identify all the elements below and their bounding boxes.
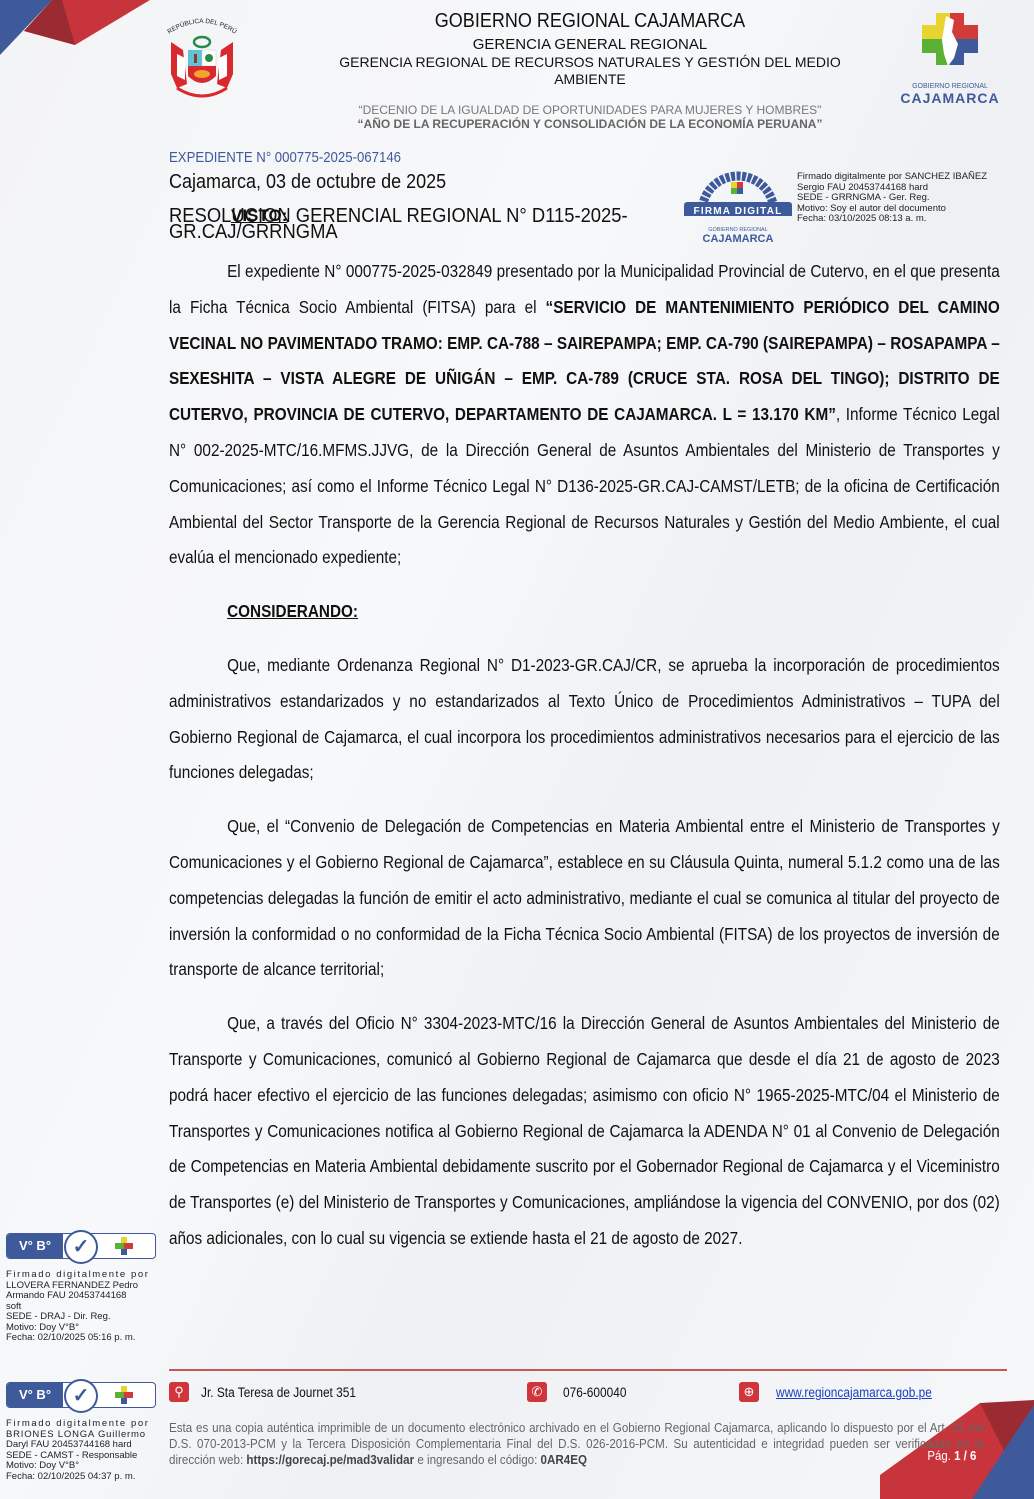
place-date: Cajamarca, 03 de octubre de 2025 bbox=[169, 171, 446, 194]
visto-label: VISTO: bbox=[231, 206, 287, 226]
cajamarca-cross-icon bbox=[115, 1237, 133, 1255]
vobo-badge: V° B° ✓ bbox=[6, 1382, 156, 1408]
gobierno-regional-cajamarca-logo: GOBIERNO REGIONAL CAJAMARCA bbox=[900, 10, 1000, 105]
cajamarca-cross-icon bbox=[115, 1386, 133, 1404]
vobo-badge: V° B° ✓ bbox=[6, 1233, 156, 1259]
approval-line: Daryl FAU 20453744168 hard bbox=[6, 1440, 156, 1451]
svg-text:REPÚBLICA DEL PERÚ: REPÚBLICA DEL PERÚ bbox=[166, 18, 239, 36]
sig-line: Firmado digitalmente por SANCHEZ IBAÑEZ bbox=[797, 172, 987, 183]
approval-line: Firmado digitalmente por bbox=[6, 1419, 156, 1430]
sig-line: Fecha: 03/10/2025 08:13 a. m. bbox=[797, 214, 987, 225]
paragraph-text: , Informe Técnico Legal N° 002-2025-MTC/… bbox=[169, 404, 1000, 567]
header-subtitle: GERENCIA GENERAL REGIONAL bbox=[300, 36, 880, 53]
location-pin-icon: ⚲ bbox=[169, 1382, 189, 1402]
phone-icon: ✆ bbox=[527, 1382, 547, 1402]
considerando-heading: CONSIDERANDO: bbox=[169, 594, 1000, 630]
motto-decade: “DECENIO DE LA IGUALDAD DE OPORTUNIDADES… bbox=[300, 103, 880, 117]
expediente-number: EXPEDIENTE N° 000775-2025-067146 bbox=[169, 149, 401, 166]
cajamarca-cross-icon bbox=[900, 10, 1000, 80]
firma-digital-badge: FIRMA DIGITAL GOBIERNO REGIONAL CAJAMARC… bbox=[684, 168, 792, 240]
firma-sub-big: CAJAMARCA bbox=[684, 233, 792, 245]
document-body: El expediente N° 000775-2025-032849 pres… bbox=[169, 254, 1000, 1257]
page-number: Pág. 1 / 6 bbox=[927, 1448, 976, 1463]
logo-caption-small: GOBIERNO REGIONAL bbox=[900, 83, 1000, 90]
approval-line: Armando FAU 20453744168 bbox=[6, 1291, 156, 1302]
verify-url-link[interactable]: https://gorecaj.pe/mad3validar bbox=[246, 1452, 414, 1467]
page-value: 1 / 6 bbox=[954, 1448, 976, 1463]
checkmark-icon: ✓ bbox=[64, 1230, 98, 1264]
firma-digital-seal-icon: FIRMA DIGITAL bbox=[684, 168, 792, 216]
approval-line: Fecha: 02/10/2025 05:16 p. m. bbox=[6, 1333, 156, 1344]
approval-line: Motivo: Doy V°B° bbox=[6, 1461, 156, 1472]
footer-address: Jr. Sta Teresa de Journet 351 bbox=[201, 1385, 356, 1400]
corner-decoration-top-left bbox=[0, 0, 150, 60]
header-title: GOBIERNO REGIONAL CAJAMARCA bbox=[329, 10, 851, 33]
paragraph-ordenanza: Que, mediante Ordenanza Regional N° D1-2… bbox=[169, 648, 1000, 791]
header-department: GERENCIA REGIONAL DE RECURSOS NATURALES … bbox=[300, 54, 880, 88]
motto-year: “AÑO DE LA RECUPERACIÓN Y CONSOLIDACIÓN … bbox=[300, 117, 880, 131]
digital-signature-details: Firmado digitalmente por SANCHEZ IBAÑEZ … bbox=[797, 172, 987, 225]
peru-coat-of-arms-icon: REPÚBLICA DEL PERÚ bbox=[163, 14, 241, 100]
notice-text: e ingresando el código: bbox=[414, 1452, 540, 1467]
footer-phone: 076-600040 bbox=[563, 1385, 626, 1400]
approval-line: Firmado digitalmente por bbox=[6, 1270, 156, 1281]
paragraph-oficio: Que, a través del Oficio N° 3304-2023-MT… bbox=[169, 1006, 1000, 1257]
page-label: Pág. bbox=[927, 1448, 951, 1463]
considerando-label: CONSIDERANDO: bbox=[227, 601, 358, 621]
vobo-label: V° B° bbox=[7, 1234, 63, 1258]
approval-line: SEDE - DRAJ - Dir. Reg. bbox=[6, 1312, 156, 1323]
approval-line: Fecha: 02/10/2025 04:37 p. m. bbox=[6, 1472, 156, 1483]
paragraph-visto: El expediente N° 000775-2025-032849 pres… bbox=[169, 254, 1000, 576]
firma-digital-label: FIRMA DIGITAL bbox=[694, 206, 783, 216]
footer-website-link[interactable]: www.regioncajamarca.gob.pe bbox=[776, 1385, 932, 1400]
approval-details: Firmado digitalmente por BRIONES LONGA G… bbox=[6, 1419, 156, 1482]
globe-icon: ⊕ bbox=[739, 1382, 759, 1402]
checkmark-icon: ✓ bbox=[64, 1379, 98, 1413]
approval-details: Firmado digitalmente por LLOVERA FERNAND… bbox=[6, 1270, 156, 1344]
vobo-label: V° B° bbox=[7, 1383, 63, 1407]
footer-divider bbox=[169, 1369, 1007, 1371]
paragraph-convenio: Que, el “Convenio de Delegación de Compe… bbox=[169, 809, 1000, 988]
authenticity-notice: Esta es una copia auténtica imprimible d… bbox=[169, 1420, 886, 1468]
logo-caption-big: CAJAMARCA bbox=[900, 90, 1000, 106]
sig-line: SEDE - GRRNGMA - Ger. Reg. bbox=[797, 193, 987, 204]
verification-code: 0AR4EQ bbox=[541, 1452, 587, 1467]
